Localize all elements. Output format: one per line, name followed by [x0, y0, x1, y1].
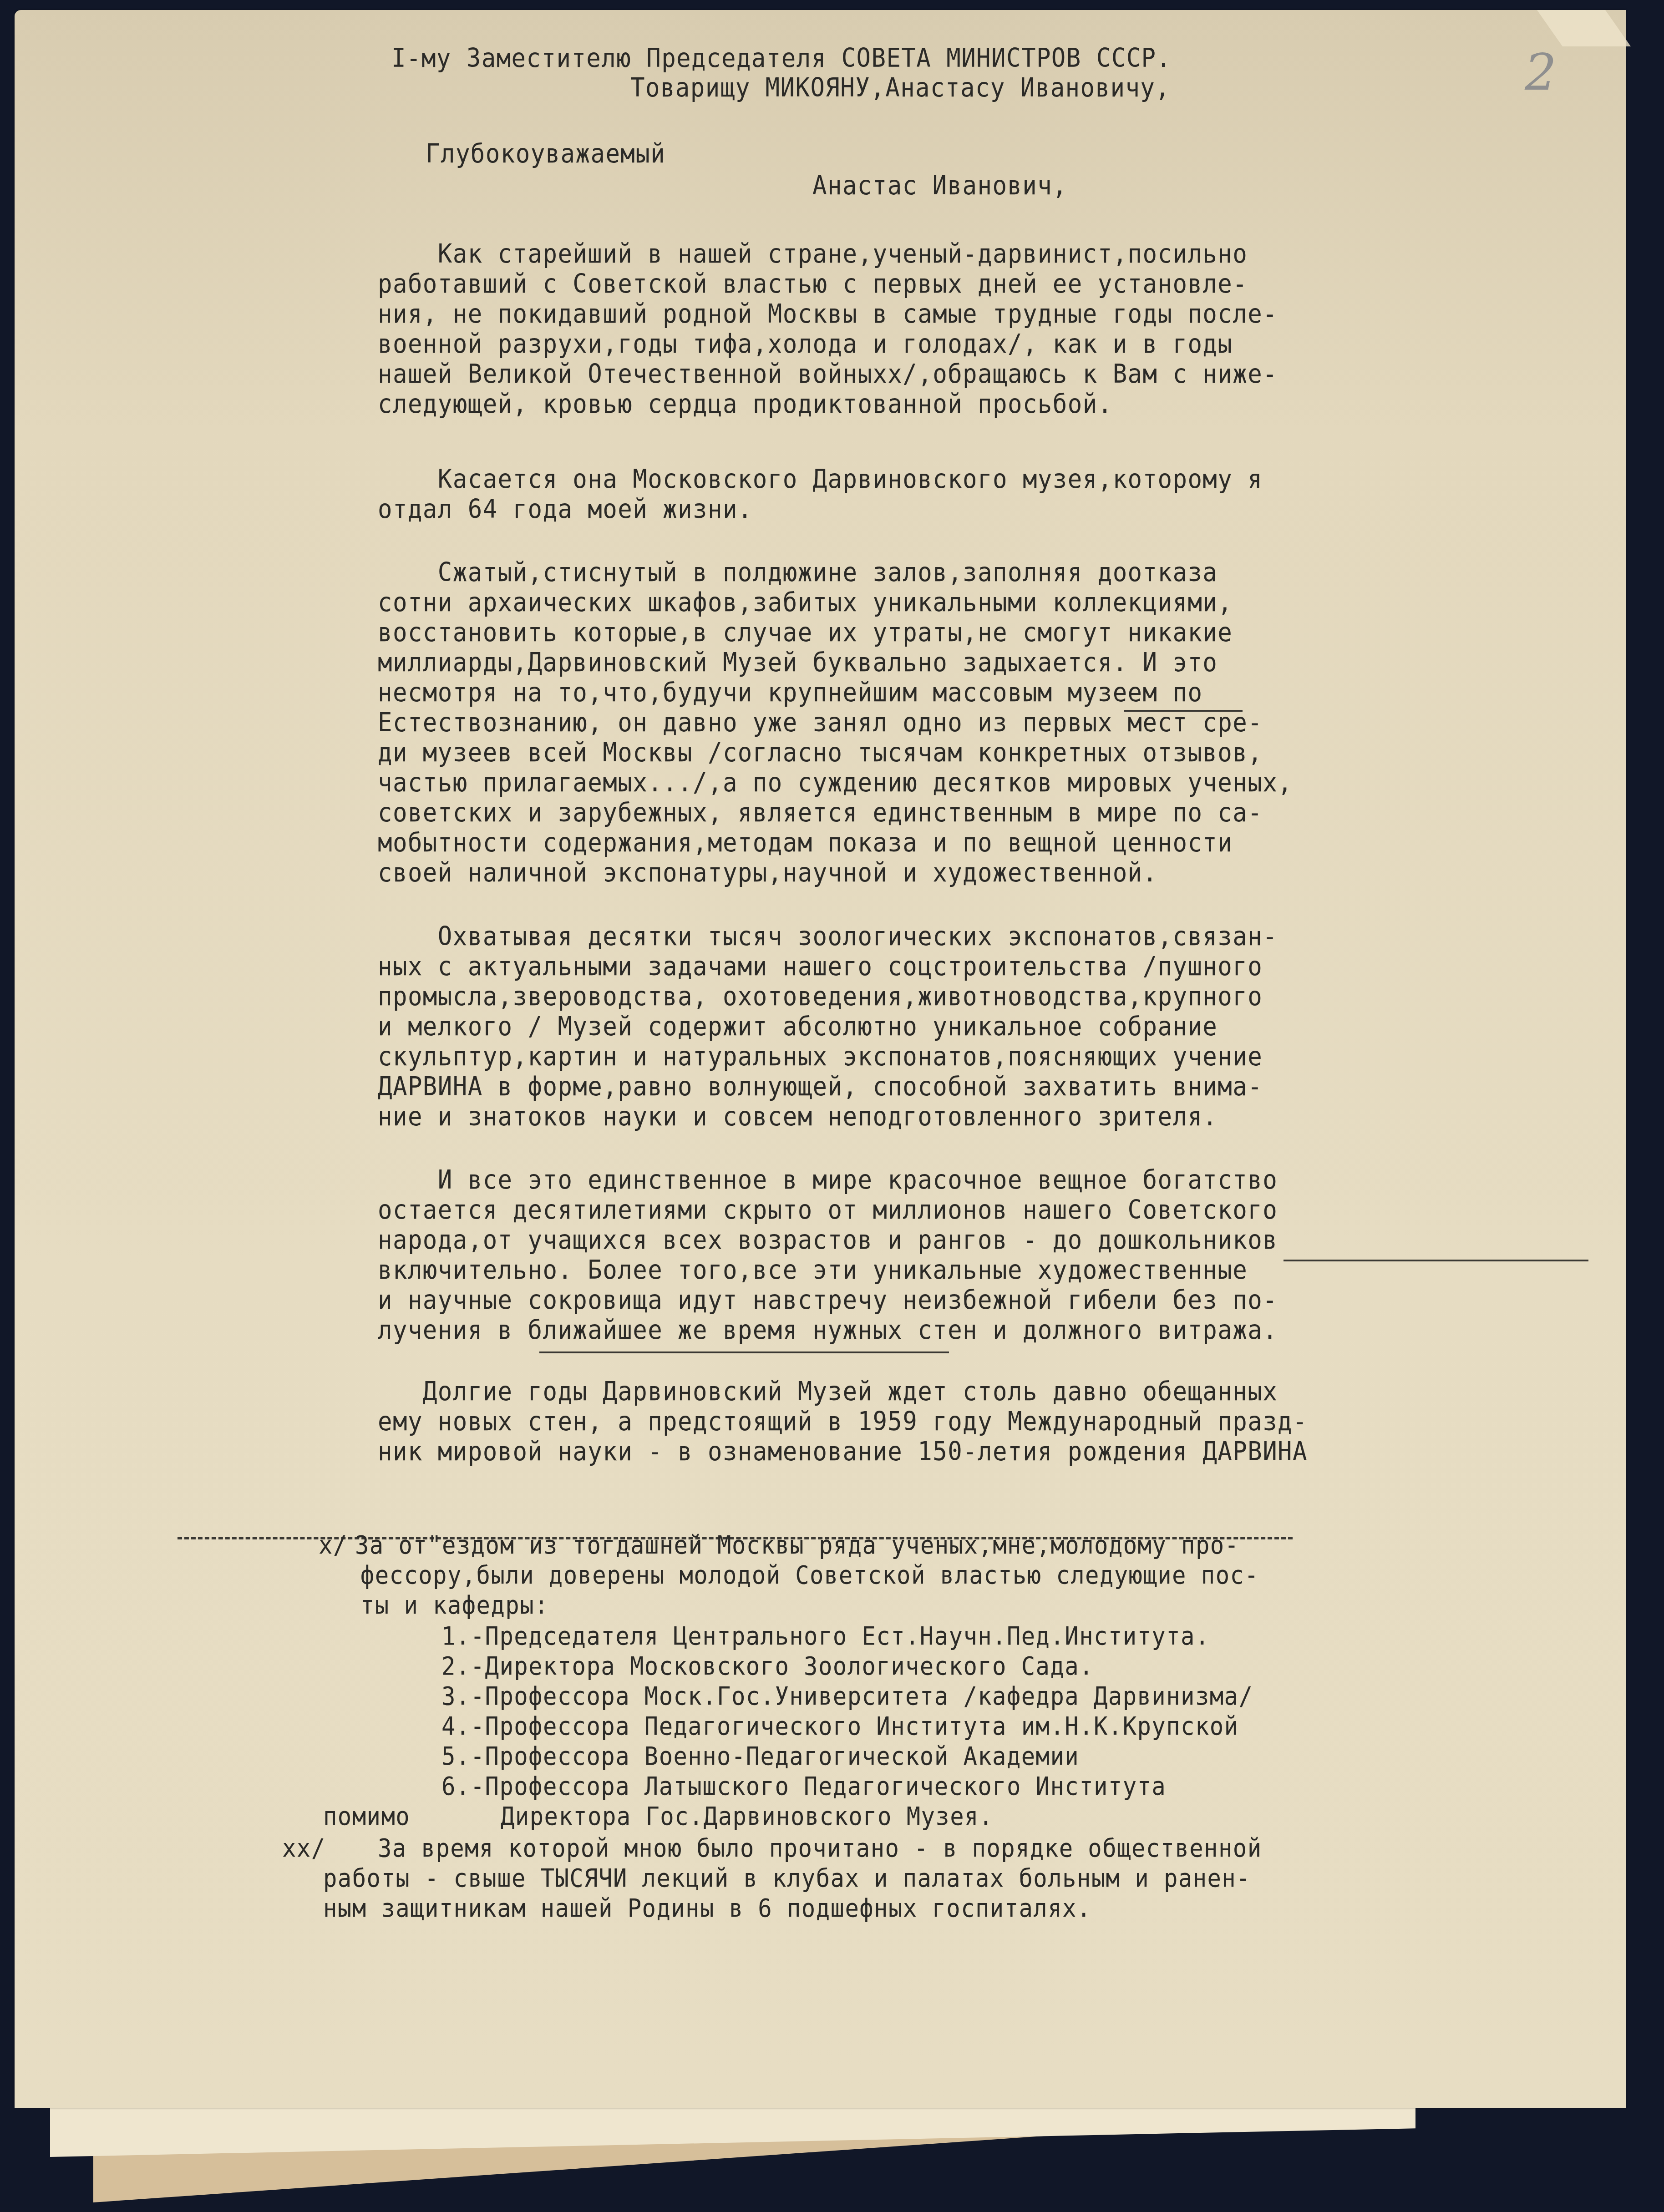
text-line: фессору,были доверены молодой Советской … — [346, 1560, 1259, 1590]
text-line: народа,от учащихся всех возрастов и ранг… — [378, 1225, 1278, 1255]
text-line: ние и знатоков науки и совсем неподготов… — [378, 1102, 1218, 1132]
text-line: лучения в ближайшее же время нужных стен… — [378, 1315, 1278, 1345]
salutation-line-1: Глубокоуважаемый — [426, 139, 665, 169]
text-line: ему новых стен, а предстоящий в 1959 год… — [378, 1407, 1308, 1437]
underline-mark — [1124, 710, 1243, 712]
text-line: Сжатый,стиснутый в полдюжине залов,запол… — [378, 557, 1218, 587]
text-line: Касается она Московского Дарвиновского м… — [378, 464, 1263, 494]
text-line: своей наличной экспонатуры,научной и худ… — [378, 858, 1157, 888]
text-line: ди музеев всей Москвы /согласно тысячам … — [378, 738, 1263, 768]
post-item: 5.-Профессора Военно-Педагогической Акад… — [441, 1741, 1079, 1771]
besides-text: Директора Гос.Дарвиновского Музея. — [501, 1801, 994, 1831]
addressee-line-2: Товарищу МИКОЯНУ,Анастасу Ивановичу, — [630, 73, 1170, 103]
text-line: следующей, кровью сердца продиктованной … — [378, 389, 1113, 419]
text-line: частью прилагаемых.../,а по суждению дес… — [378, 768, 1293, 798]
text-line: несмотря на то,что,будучи крупнейшим мас… — [378, 678, 1202, 708]
text-line: отдал 64 года моей жизни. — [378, 494, 753, 524]
text-line: работавший с Советской властью с первых … — [378, 269, 1248, 299]
text-line: и научные сокровища идут навстречу неизб… — [378, 1285, 1278, 1315]
text-line: скульптур,картин и натуральных экспонато… — [378, 1042, 1263, 1072]
footnote-marker: x/ — [319, 1530, 348, 1560]
post-item: 6.-Профессора Латышского Педагогического… — [441, 1771, 1166, 1801]
text-line: ДАРВИНА в форме,равно волнующей, способн… — [378, 1072, 1263, 1102]
text-line: ты и кафедры: — [346, 1590, 549, 1620]
text-line: Долгие годы Дарвиновский Музей ждет стол… — [378, 1377, 1278, 1407]
text-line: ник мировой науки - в ознаменование 150-… — [378, 1437, 1308, 1467]
text-line: работы - свыше ТЫСЯЧИ лекций в клубах и … — [323, 1863, 1251, 1893]
text-line: Охватывая десятки тысяч зоологических эк… — [378, 921, 1278, 952]
underline-mark — [1284, 1260, 1588, 1261]
text-line: включительно. Более того,все эти уникаль… — [378, 1255, 1248, 1285]
text-line: Как старейший в нашей стране,ученый-дарв… — [378, 239, 1248, 269]
addressee-line-1: I-му Заместителю Председателя СОВЕТА МИН… — [391, 43, 1171, 73]
post-item: 1.-Председателя Центрального Ест.Научн.П… — [441, 1621, 1210, 1651]
post-item: 2.-Директора Московского Зоологического … — [441, 1651, 1094, 1681]
text-line: военной разрухи,годы тифа,холода и голод… — [378, 329, 1233, 359]
text-line: нашей Великой Отечественной войныxx/,обр… — [378, 359, 1278, 389]
text-line: миллиарды,Дарвиновский Музей буквально з… — [378, 648, 1218, 678]
post-item: 3.-Профессора Моск.Гос.Университета /каф… — [441, 1681, 1253, 1711]
handwritten-page-number: 2 — [1525, 43, 1557, 101]
text-line: И все это единственное в мире красочное … — [378, 1165, 1278, 1195]
text-line: Естествознанию, он давно уже занял одно … — [378, 708, 1263, 738]
besides-label: помимо — [323, 1801, 410, 1831]
text-line: и мелкого / Музей содержит абсолютно уни… — [378, 1012, 1218, 1042]
text-line: сотни архаических шкафов,забитых уникаль… — [378, 587, 1233, 618]
text-line: ных с актуальными задачами нашего соцстр… — [378, 952, 1263, 982]
text-line: ным защитникам нашей Родины в 6 подшефны… — [323, 1893, 1091, 1923]
text-line: ния, не покидавший родной Москвы в самые… — [378, 299, 1278, 329]
text-line: остается десятилетиями скрыто от миллион… — [378, 1195, 1278, 1225]
text-line: советских и зарубежных, является единств… — [378, 798, 1263, 828]
salutation-line-2: Анастас Иванович, — [812, 171, 1067, 201]
post-item: 4.-Профессора Педагогического Института … — [441, 1711, 1238, 1741]
underline-mark — [539, 1351, 949, 1353]
text-line: промысла,звероводства, охотоведения,живо… — [378, 982, 1263, 1012]
footnote-marker: xx/ — [282, 1833, 326, 1863]
text-line: мобытности содержания,методам показа и п… — [378, 828, 1233, 858]
text-line: восстановить которые,в случае их утраты,… — [378, 618, 1233, 648]
text-line: За время которой мною было прочитано - в… — [378, 1833, 1262, 1863]
text-line: За от"ездом из тогдашней Москвы ряда уче… — [355, 1530, 1239, 1560]
